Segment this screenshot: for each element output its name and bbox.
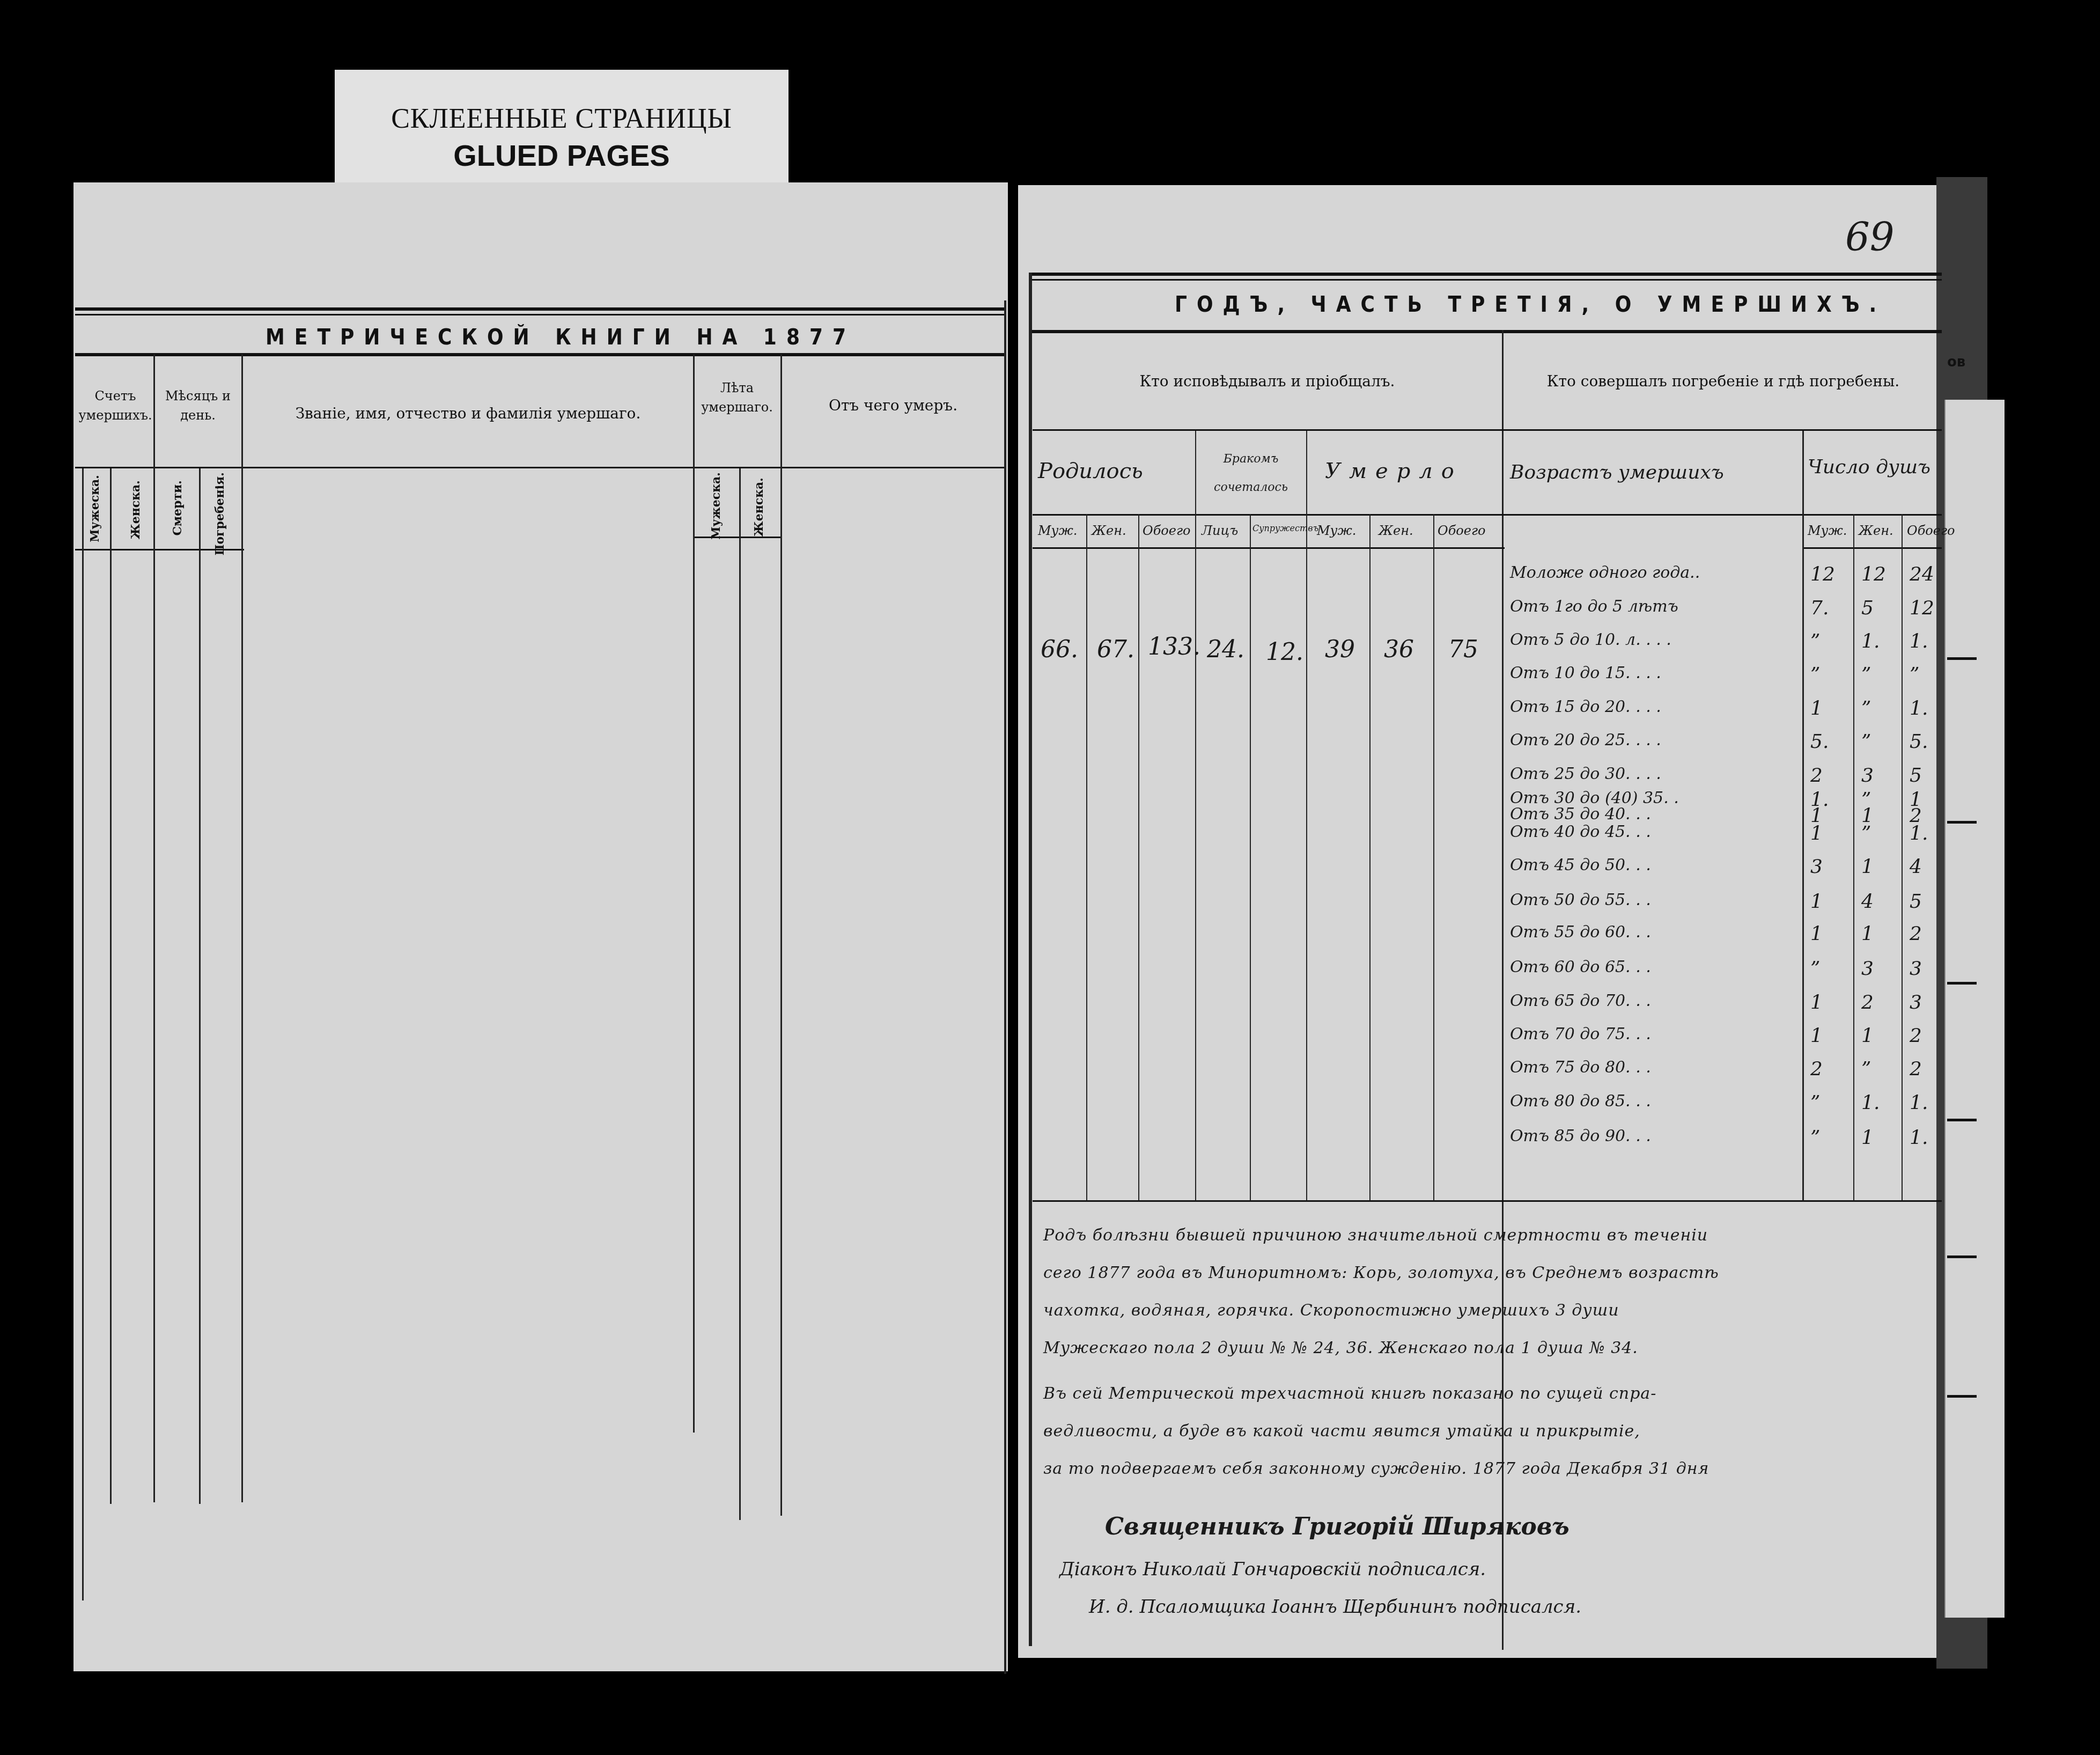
overlay-fragment-text: ов bbox=[1947, 354, 1965, 370]
age-row-label: Моложе одного года.. bbox=[1510, 563, 1700, 582]
age-row-female: 3 bbox=[1861, 765, 1874, 787]
age-row-male: 2 bbox=[1810, 1058, 1823, 1080]
header-age: Лѣта умершаго. bbox=[695, 378, 779, 417]
header-age-male: Мужеска. bbox=[709, 472, 723, 540]
right-main-divider bbox=[1502, 330, 1504, 1650]
value-married-couples: 12. bbox=[1266, 638, 1303, 666]
souls-col-line bbox=[1802, 429, 1804, 1201]
note-line: ведливости, а буде въ какой части явится… bbox=[1043, 1422, 1640, 1441]
age-row-label: Отъ 50 до 55. . . bbox=[1510, 891, 1651, 909]
age-row-total: 5 bbox=[1910, 891, 1922, 913]
age-row-female: 1. bbox=[1861, 1092, 1880, 1114]
age-row-total: 3 bbox=[1910, 992, 1922, 1014]
age-row-total: 2 bbox=[1910, 1025, 1922, 1047]
age-row-male: 1 bbox=[1810, 992, 1823, 1014]
header-died: Умерло bbox=[1325, 459, 1463, 483]
age-row-female: ” bbox=[1861, 697, 1871, 719]
left-age-subheader-rule bbox=[695, 537, 780, 538]
right-title-top-rule-2 bbox=[1029, 279, 1942, 281]
age-row-male: 5. bbox=[1810, 731, 1829, 753]
age-row-label: Отъ 5 до 10. л. . . . bbox=[1510, 630, 1671, 649]
age-row-female: 5 bbox=[1861, 597, 1874, 619]
header-cause: Отъ чего умеръ. bbox=[783, 394, 1003, 417]
age-row-male: 1 bbox=[1810, 891, 1823, 913]
glued-pages-label-en: GLUED PAGES bbox=[335, 138, 789, 173]
value-died-m: 39 bbox=[1325, 636, 1355, 663]
age-row-label: Отъ 65 до 70. . . bbox=[1510, 992, 1651, 1010]
age-row-female: 1 bbox=[1861, 1025, 1874, 1047]
summary-col-line bbox=[1433, 514, 1434, 1201]
header-count-female: Женска. bbox=[129, 480, 143, 539]
note-line: Мужескаго пола 2 души № № 24, 36. Женска… bbox=[1043, 1339, 1638, 1357]
sub-souls-m: Муж. bbox=[1808, 523, 1847, 538]
header-married: Бракомъ сочеталось bbox=[1197, 445, 1305, 502]
age-row-female: 1 bbox=[1861, 856, 1874, 878]
age-row-label: Отъ 35 до 40. . . bbox=[1510, 805, 1651, 824]
age-row-label: Отъ 85 до 90. . . bbox=[1510, 1127, 1651, 1145]
age-row-total: 3 bbox=[1910, 958, 1922, 980]
souls-col-line bbox=[1853, 514, 1854, 1201]
age-row-male: 1 bbox=[1810, 823, 1823, 845]
value-died-total: 75 bbox=[1448, 636, 1478, 663]
sub-born-m: Муж. bbox=[1038, 523, 1077, 538]
age-row-total: ” bbox=[1910, 664, 1919, 686]
glued-pages-label-ru: СКЛЕЕННЫЕ СТРАНИЦЫ bbox=[335, 103, 789, 135]
age-row-label: Отъ 75 до 80. . . bbox=[1510, 1058, 1651, 1077]
value-died-f: 36 bbox=[1384, 636, 1414, 663]
note-line: Родъ болѣзни бывшей причиною значительно… bbox=[1043, 1226, 1708, 1245]
age-row-label: Отъ 60 до 65. . . bbox=[1510, 958, 1651, 976]
signature-psalmist: И. д. Псаломщика Іоаннъ Щербининъ подпис… bbox=[1089, 1596, 1581, 1618]
sub-born-f: Жен. bbox=[1092, 523, 1126, 538]
age-row-female: 1 bbox=[1861, 923, 1874, 945]
overlay-tick bbox=[1947, 1119, 1977, 1121]
summary-col-line bbox=[1086, 514, 1087, 1201]
age-row-male: 3 bbox=[1810, 856, 1823, 878]
overlay-tick bbox=[1947, 1395, 1977, 1398]
age-row-male: ” bbox=[1810, 630, 1820, 652]
age-row-female: ” bbox=[1861, 664, 1871, 686]
left-page-title: МЕТРИЧЕСКОЙ КНИГИ НА 1877 bbox=[266, 325, 856, 350]
age-row-label: Отъ 45 до 50. . . bbox=[1510, 856, 1651, 875]
left-title-top-rule-2 bbox=[75, 314, 1006, 315]
age-row-female: 3 bbox=[1861, 958, 1874, 980]
age-row-male: ” bbox=[1810, 1127, 1820, 1149]
age-row-total: 5 bbox=[1910, 765, 1922, 787]
left-col-line bbox=[110, 468, 112, 1504]
left-col-line bbox=[739, 468, 741, 1520]
age-row-total: 1. bbox=[1910, 1127, 1928, 1149]
header-age-of-dead: Возрастъ умершихъ bbox=[1510, 461, 1724, 483]
overlay-tick bbox=[1947, 821, 1977, 824]
age-row-label: Отъ 15 до 20. . . . bbox=[1510, 697, 1661, 716]
right-title-top-rule bbox=[1029, 273, 1942, 276]
signature-priest: Священникъ Григорій Ширяковъ bbox=[1105, 1513, 1570, 1540]
sub-married-couples: Супружествъ bbox=[1252, 523, 1318, 533]
age-row-total: 2 bbox=[1910, 1058, 1922, 1080]
sub-died-f: Жен. bbox=[1379, 523, 1413, 538]
age-row-female: 4 bbox=[1861, 891, 1874, 913]
left-col-line bbox=[82, 468, 84, 1600]
summary-col-line bbox=[1306, 429, 1307, 1201]
age-row-total: 4 bbox=[1910, 856, 1922, 878]
age-row-total: 12 bbox=[1910, 597, 1934, 619]
left-header-rule bbox=[75, 353, 1006, 356]
note-line: чахотка, водяная, горячка. Скоропостижно… bbox=[1043, 1301, 1619, 1320]
right-header-rule bbox=[1029, 330, 1942, 333]
age-row-male: ” bbox=[1810, 958, 1820, 980]
left-col-line bbox=[153, 354, 155, 1502]
overlay-tick bbox=[1947, 1255, 1977, 1258]
age-row-label: Отъ 25 до 30. . . . bbox=[1510, 765, 1661, 783]
left-page-right-border bbox=[1004, 300, 1006, 1674]
age-row-total: 1. bbox=[1910, 630, 1928, 652]
age-row-label: Отъ 80 до 85. . . bbox=[1510, 1092, 1651, 1111]
left-col-line bbox=[693, 354, 695, 1433]
age-row-male: ” bbox=[1810, 664, 1820, 686]
age-row-label: Отъ 40 до 45. . . bbox=[1510, 823, 1651, 841]
left-col-line bbox=[780, 354, 782, 1516]
page-number: 69 bbox=[1845, 215, 1895, 260]
header-age-female: Женска. bbox=[752, 478, 766, 537]
header-confessor: Кто исповѣдывалъ и пріобщалъ. bbox=[1033, 370, 1502, 393]
summary-col-line bbox=[1138, 514, 1139, 1201]
age-row-female: 1 bbox=[1861, 1127, 1874, 1149]
age-row-female: 2 bbox=[1861, 992, 1874, 1014]
age-row-male: 1 bbox=[1810, 923, 1823, 945]
sub-married-persons: Лицъ bbox=[1202, 523, 1238, 538]
right-page-title: ГОДЪ, ЧАСТЬ ТРЕТІЯ, О УМЕРШИХЪ. bbox=[1175, 292, 1886, 317]
sub-died-m: Муж. bbox=[1317, 523, 1356, 538]
age-row-total: 2 bbox=[1910, 923, 1922, 945]
age-row-label: Отъ 20 до 25. . . . bbox=[1510, 731, 1661, 750]
age-row-female: 1. bbox=[1861, 630, 1880, 652]
value-born-total: 133. bbox=[1148, 633, 1200, 660]
souls-subheader-rule bbox=[1802, 547, 1942, 549]
header-born: Родилось bbox=[1038, 459, 1143, 483]
age-row-label: Отъ 70 до 75. . . bbox=[1510, 1025, 1651, 1044]
header-month-day: Мѣсяцъ и день. bbox=[156, 386, 240, 425]
age-row-female: ” bbox=[1861, 823, 1871, 845]
left-title-top-rule bbox=[75, 307, 1006, 311]
left-header-bottom-rule bbox=[75, 467, 1006, 468]
signature-deacon: Діаконъ Николай Гончаровскій подписался. bbox=[1059, 1559, 1486, 1580]
age-row-total: 24 bbox=[1910, 563, 1934, 585]
age-row-label: Отъ 10 до 15. . . . bbox=[1510, 664, 1661, 682]
sub-souls-f: Жен. bbox=[1859, 523, 1893, 538]
age-row-female: ” bbox=[1861, 731, 1871, 753]
note-line: сего 1877 года въ Миноритномъ: Корь, зол… bbox=[1043, 1264, 1719, 1282]
age-row-label: Отъ 1го до 5 лѣтъ bbox=[1510, 597, 1678, 616]
left-col-line bbox=[241, 354, 243, 1502]
sub-born-both: Обоего bbox=[1143, 523, 1191, 538]
age-row-total: 1. bbox=[1910, 697, 1928, 719]
overlay-tick bbox=[1947, 982, 1977, 985]
header-count-male: Мужеска. bbox=[88, 475, 102, 542]
age-row-female: 12 bbox=[1861, 563, 1886, 585]
header-souls: Число душъ bbox=[1808, 456, 1930, 478]
age-row-total: 1. bbox=[1910, 823, 1928, 845]
summary-top-rule bbox=[1033, 429, 1942, 431]
left-col-line bbox=[199, 468, 201, 1504]
glued-overlay-sheet bbox=[1944, 400, 2005, 1618]
age-row-total: 5. bbox=[1910, 731, 1928, 753]
overlay-tick bbox=[1947, 657, 1977, 660]
value-born-m: 66. bbox=[1041, 636, 1078, 663]
header-month-burial: Погребенія. bbox=[213, 472, 227, 555]
summary-col-line bbox=[1250, 514, 1251, 1201]
note-line: Въ сей Метрической трехчастной книгѣ пок… bbox=[1043, 1384, 1656, 1403]
header-month-death: Смерти. bbox=[171, 480, 185, 536]
right-page-left-border bbox=[1029, 273, 1032, 1646]
sub-died-both: Обоего bbox=[1438, 523, 1486, 538]
header-burial-place: Кто совершалъ погребеніе и гдѣ погребены… bbox=[1505, 370, 1942, 393]
age-row-female: ” bbox=[1861, 1058, 1871, 1080]
age-row-male: 1 bbox=[1810, 697, 1823, 719]
age-row-male: 7. bbox=[1810, 597, 1829, 619]
summary-header-rule bbox=[1033, 514, 1942, 516]
value-born-f: 67. bbox=[1097, 636, 1134, 663]
summary-col-line bbox=[1369, 514, 1370, 1201]
summary-bottom-rule bbox=[1033, 1200, 1942, 1202]
age-row-male: ” bbox=[1810, 1092, 1820, 1114]
sub-souls-both: Обоего bbox=[1907, 523, 1955, 538]
header-name: Званіе, имя, отчество и фамилія умершаго… bbox=[244, 402, 692, 425]
age-row-male: 1 bbox=[1810, 1025, 1823, 1047]
souls-col-line bbox=[1902, 514, 1903, 1201]
header-count-deceased: Счетъ умершихъ. bbox=[78, 386, 153, 425]
note-line: за то подвергаемъ себя законному суждені… bbox=[1043, 1459, 1709, 1478]
age-row-male: 12 bbox=[1810, 563, 1835, 585]
value-married-persons: 24. bbox=[1207, 636, 1244, 663]
age-row-male: 2 bbox=[1810, 765, 1823, 787]
age-row-label: Отъ 55 до 60. . . bbox=[1510, 923, 1651, 942]
age-row-total: 1. bbox=[1910, 1092, 1928, 1114]
summary-col-line bbox=[1195, 429, 1196, 1201]
